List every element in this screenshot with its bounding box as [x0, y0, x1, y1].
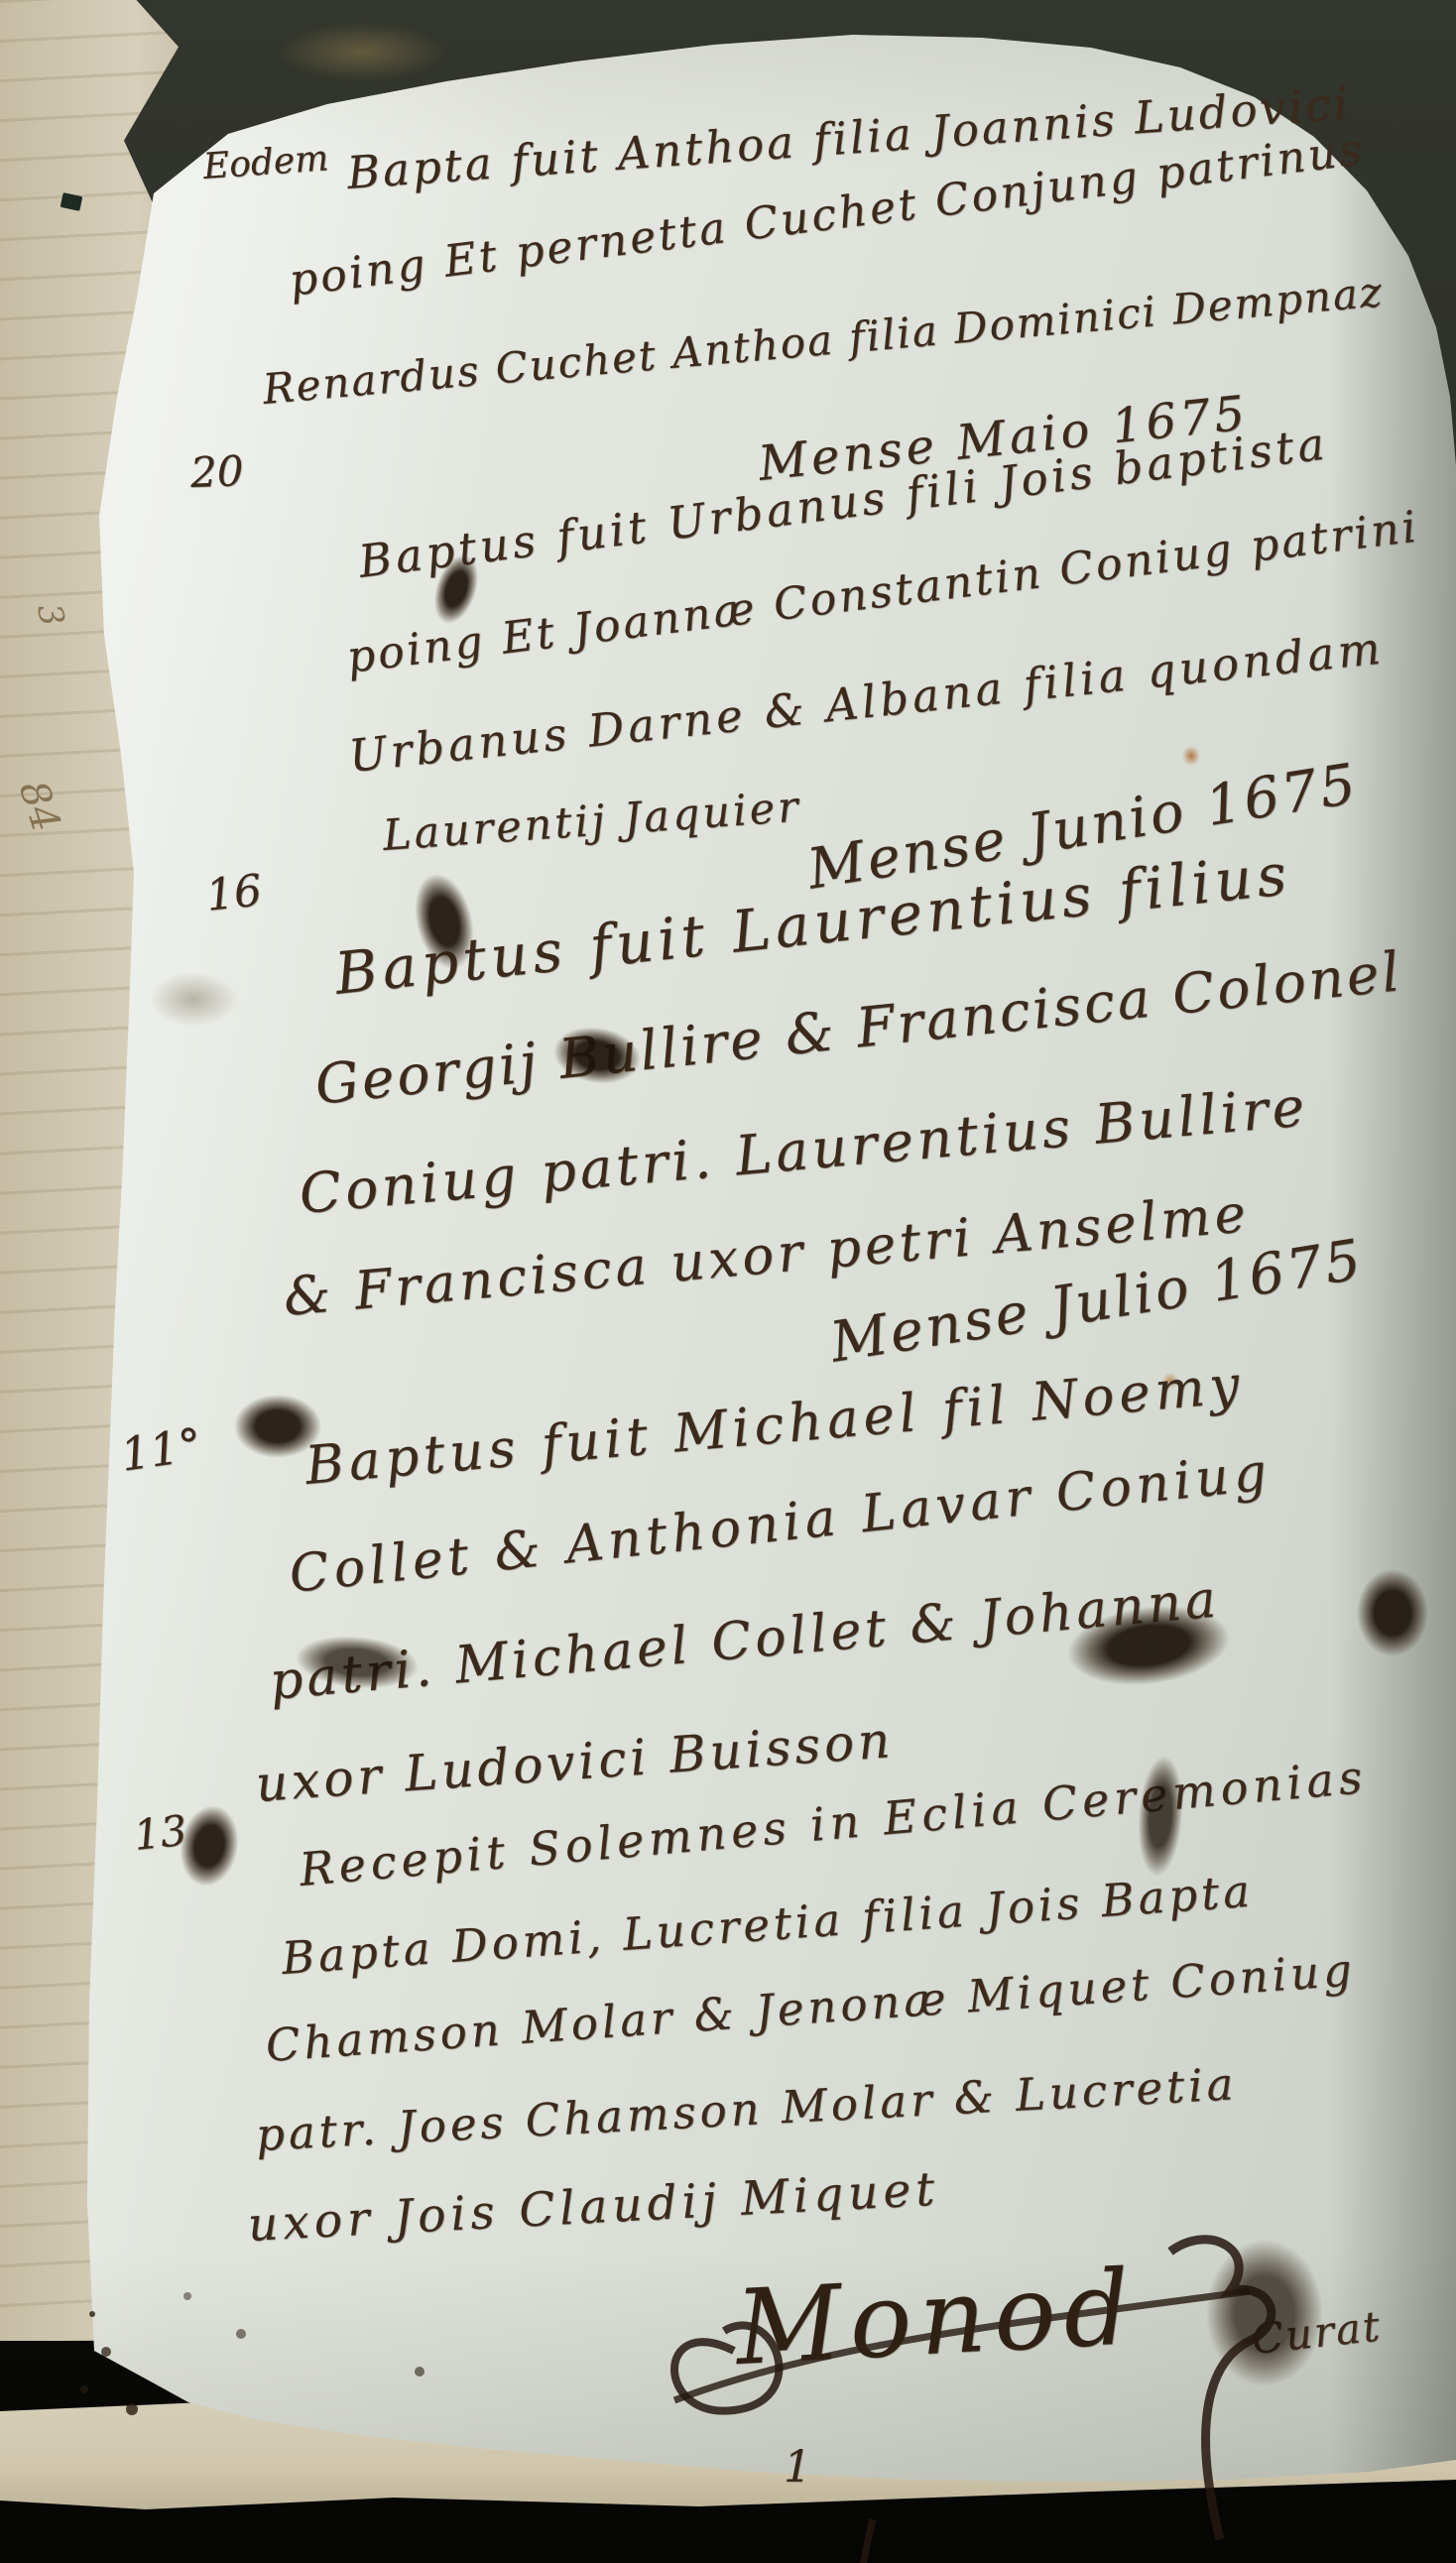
speck-cluster [89, 2311, 95, 2317]
ink-blot [234, 1395, 321, 1458]
signature-name: Monod [733, 2247, 1141, 2388]
margin-day: 20 [189, 446, 244, 497]
page-number: 1 [784, 2442, 811, 2493]
margin-day: 11° [117, 1417, 204, 1482]
stain [278, 22, 446, 81]
margin-day: 16 [203, 865, 264, 921]
ink-blot [1206, 2240, 1323, 2386]
ink-blot [1357, 1569, 1428, 1656]
manuscript-photo: 3 84 Eodem Bapta fuit Anthoa filia Joann… [0, 0, 1456, 2563]
stain [1182, 746, 1200, 766]
stain [149, 972, 238, 1027]
